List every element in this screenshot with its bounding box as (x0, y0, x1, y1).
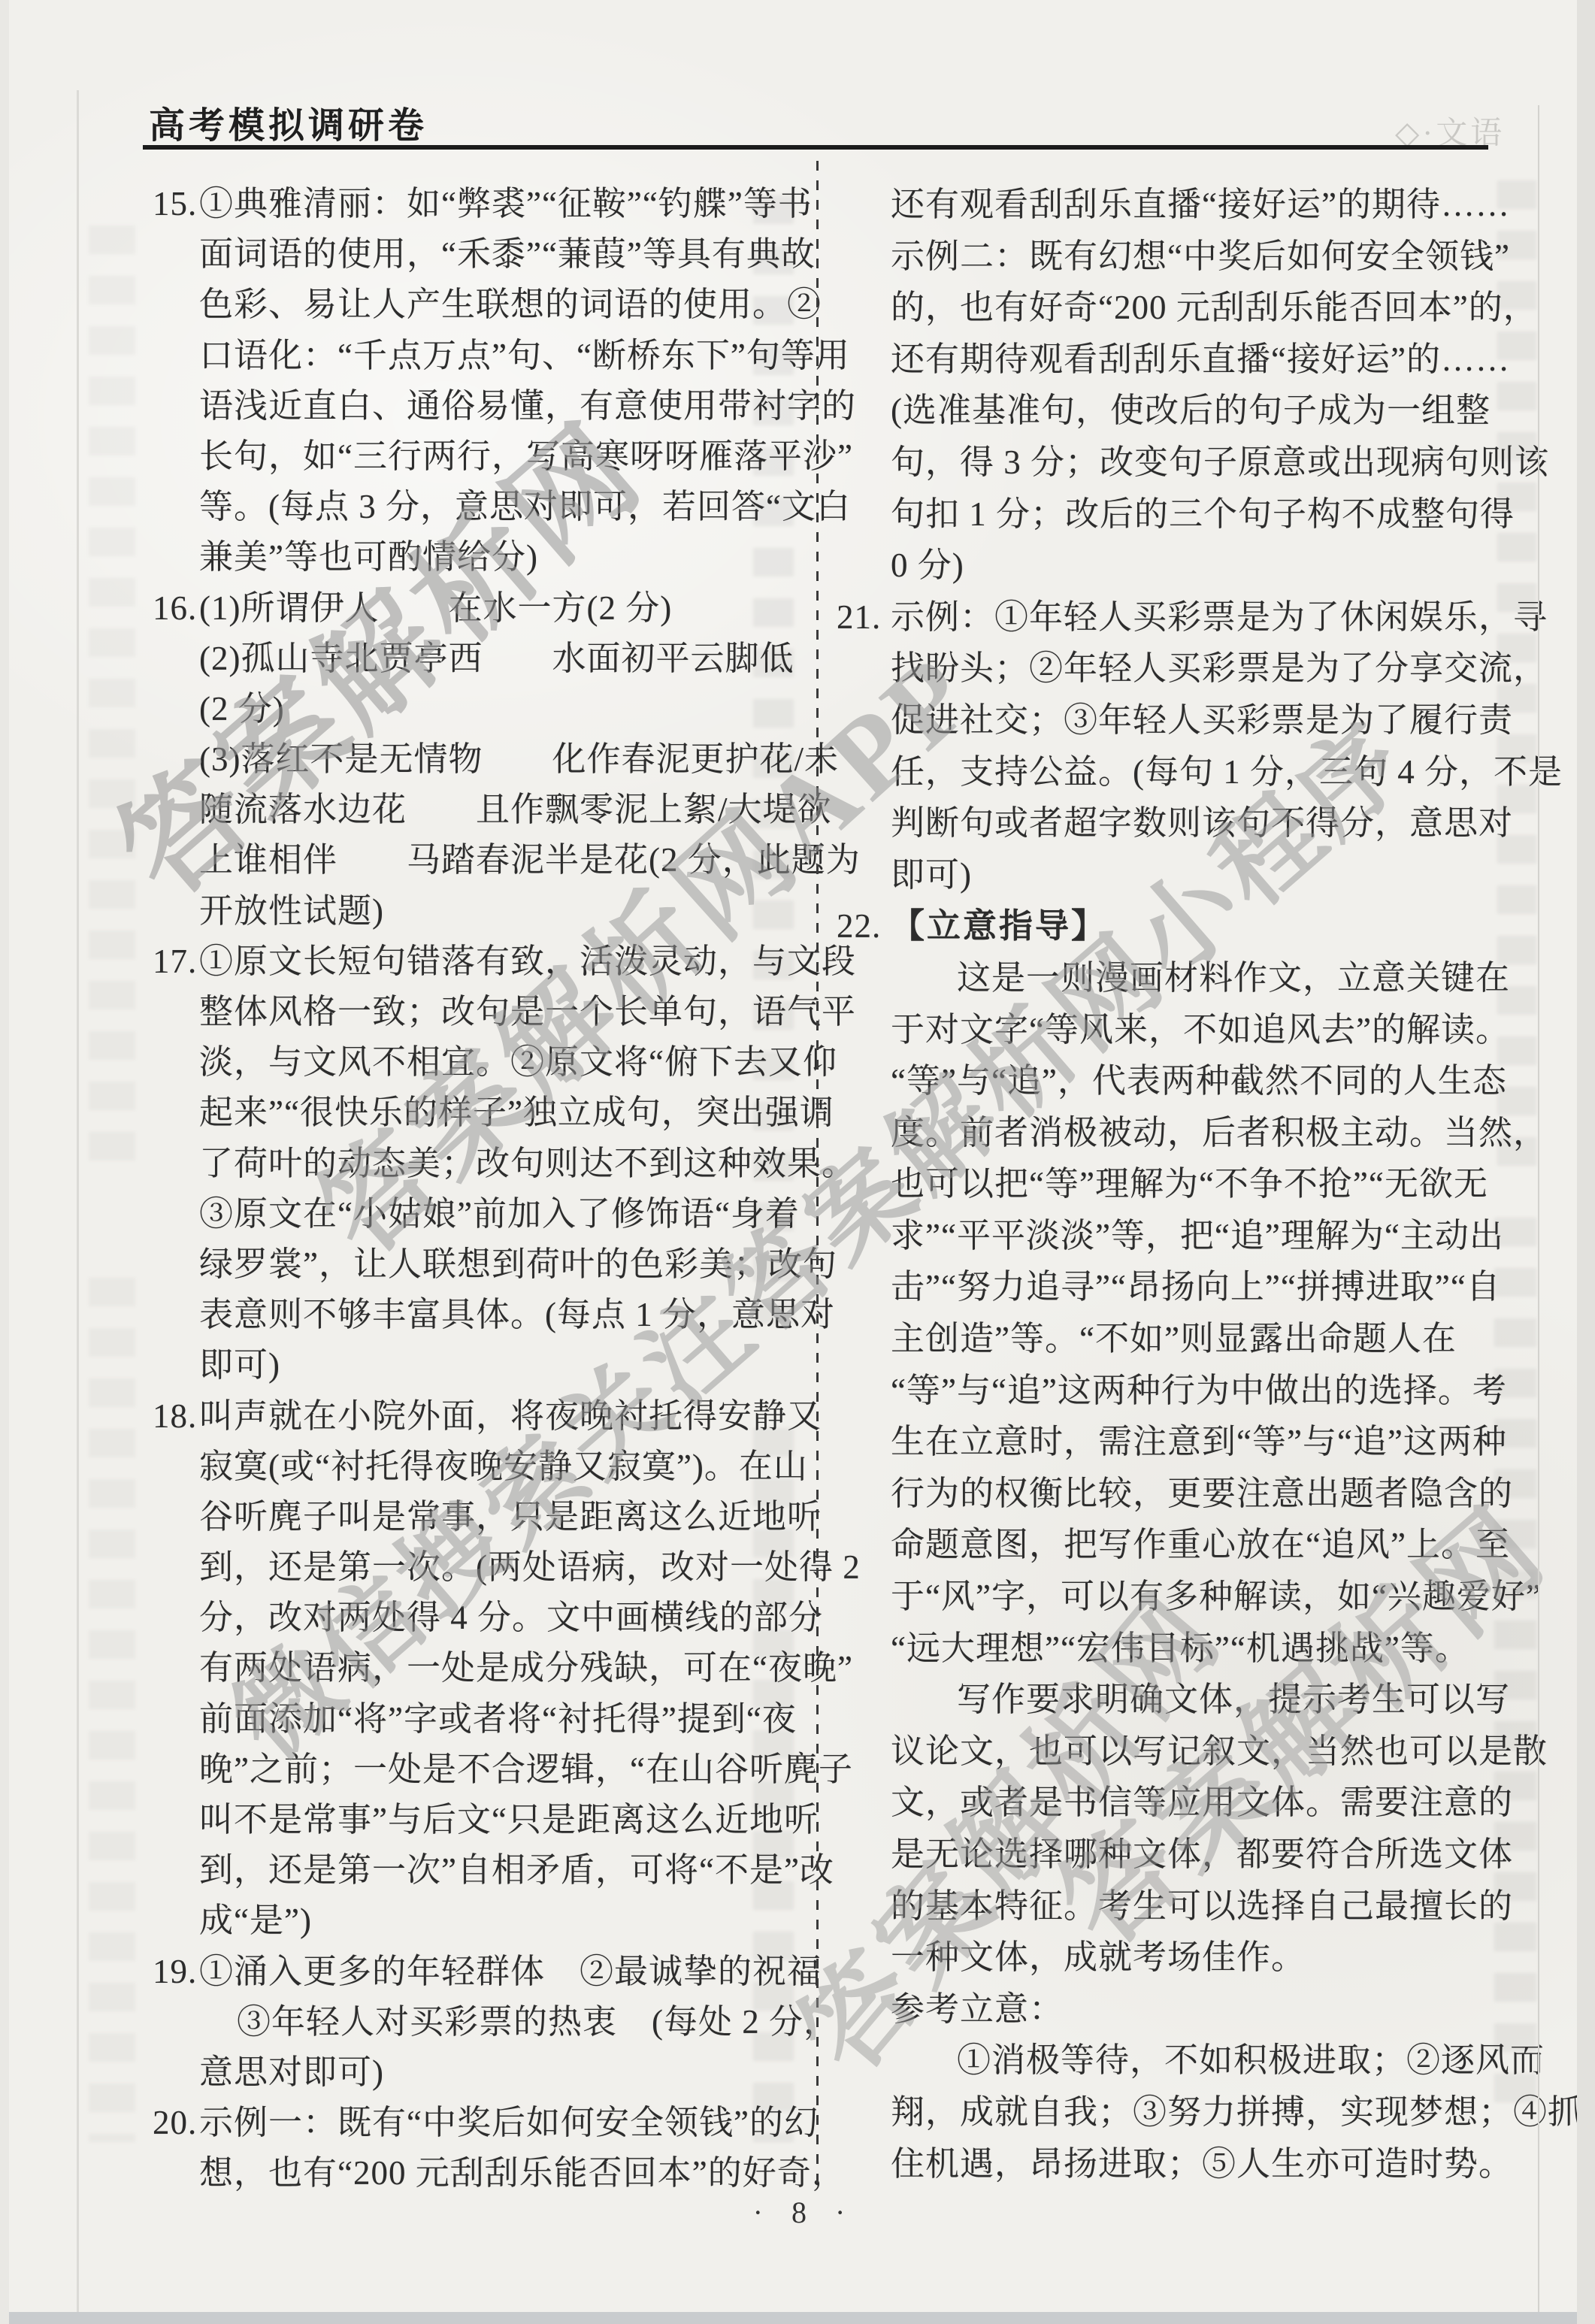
answer-text: 文，或者是书信等应用文体。需要注意的 (891, 1784, 1513, 1821)
page-number: · 8 · (714, 2195, 894, 2230)
answer-text: 议论文，也可以写记叙文，当然也可以是散 (891, 1732, 1548, 1770)
answer-line: 谷听麂子叫是常事，只是距离这么近地听 (153, 1492, 814, 1542)
answer-line: 还有期待观看刮刮乐直播“接好运”的…… (837, 334, 1573, 386)
answer-text: 写作要求明确文体，提示考生可以写 (957, 1681, 1510, 1718)
answer-text: 找盼头；②年轻人买彩票是为了分享交流， (891, 649, 1548, 687)
answer-text: 句扣 1 分；改后的三个句子构不成整句得 (891, 495, 1515, 533)
answer-line: 住机遇，昂扬进取；⑤人生亦可造时势。 (837, 2138, 1573, 2190)
answer-line-q15: 15.①典雅清丽：如“弊裘”“征鞍”“钓艓”等书 (153, 179, 814, 229)
answer-text: 成“是”) (199, 1902, 312, 1939)
bleed-through-texture (89, 1278, 135, 2142)
question-number: 15. (153, 179, 197, 229)
answer-line: 起来”“很快乐的样子”独立成句，突出强调 (153, 1088, 814, 1138)
answer-line: 语浅近直白、通俗易懂，有意使用带衬字的 (153, 381, 814, 431)
answer-line: 叫不是常事”与后文“只是距离这么近地听 (153, 1795, 814, 1845)
answer-text: ①原文长短句错落有致，活泼灵动，与文段 (199, 943, 856, 980)
answer-text: 语浅近直白、通俗易懂，有意使用带衬字的 (199, 387, 856, 425)
answer-text: (2)孤山寺北贾亭西 水面初平云脚低 (199, 640, 794, 677)
answer-line: 这是一则漫画材料作文，立意关键在 (837, 952, 1573, 1004)
answer-line: 击”“努力追寻”“昂扬向上”“拼搏进取”“自 (837, 1261, 1573, 1313)
answer-line: 于“风”字，可以有多种解读，如“兴趣爱好” (837, 1571, 1573, 1623)
answer-text: 还有期待观看刮刮乐直播“接好运”的…… (891, 340, 1510, 378)
answer-line: 找盼头；②年轻人买彩票是为了分享交流， (837, 643, 1573, 694)
answer-text: 叫不是常事”与后文“只是距离这么近地听 (199, 1801, 819, 1838)
answer-line: 上谁相伴 马踏春泥半是花(2 分，此题为 (153, 835, 814, 885)
answer-text: 晚”之前；一处是不合逻辑，“在山谷听麂子 (199, 1751, 853, 1788)
answer-text: 到，还是第一次。(两处语病，改对一处得 2 (199, 1548, 861, 1586)
answer-text: (3)落红不是无情物 化作春泥更护花/未 (199, 740, 839, 778)
answer-line: 度。前者消极被动，后者积极主动。当然， (837, 1107, 1573, 1159)
question-number: 21. (837, 592, 881, 643)
answer-text: 生在立意时，需注意到“等”与“追”这两种 (891, 1423, 1507, 1460)
scan-edge-bottom (0, 2312, 1595, 2324)
scan-edge-left-band (0, 0, 9, 2324)
answer-line: 到，还是第一次。(两处语病，改对一处得 2 (153, 1542, 814, 1593)
answer-line: (2 分) (153, 684, 814, 734)
answer-line: (选准基准句，使改后的句子成为一组整 (837, 385, 1573, 437)
answer-text: 任，支持公益。(每句 1 分，三句 4 分，不是 (891, 753, 1563, 791)
column-divider (816, 161, 819, 2183)
answer-line: “远大理想”“宏伟目标”“机遇挑战”等。 (837, 1623, 1573, 1675)
answer-line: “等”与“追”，代表两种截然不同的人生态 (837, 1055, 1573, 1107)
answer-text: 主创造”等。“不如”则显露出命题人在 (891, 1320, 1457, 1357)
answer-text: 的基本特征。考生可以选择自己最擅长的 (891, 1887, 1513, 1925)
answer-text: 行为的权衡比较，更要注意出题者隐含的 (891, 1475, 1513, 1512)
answer-text: (2 分) (199, 690, 285, 728)
question-number: 22. (837, 900, 881, 952)
answer-text: ①消极等待，不如积极进取；②逐风而 (957, 2041, 1545, 2079)
answer-line: 一种文体，成就考场佳作。 (837, 1932, 1573, 1984)
answer-line: “等”与“追”这两种行为中做出的选择。考 (837, 1365, 1573, 1417)
answer-line: 0 分) (837, 540, 1573, 592)
scan-edge-right-band (1577, 0, 1595, 2324)
answer-text: 意思对即可) (199, 2053, 384, 2091)
answer-text: 命题意图，把写作重心放在“追风”上。至 (891, 1526, 1510, 1563)
answer-line-q18: 18.叫声就在小院外面，将夜晚衬托得安静又 (153, 1391, 814, 1442)
answer-line: 寂寞(或“衬托得夜晚安静又寂寞”)。在山 (153, 1442, 814, 1492)
answer-text: 度。前者消极被动，后者积极主动。当然， (891, 1114, 1548, 1151)
answer-line: 色彩、易让人产生联想的词语的使用。② (153, 280, 814, 330)
answer-text: 求”“平平淡淡”等，把“追”理解为“主动出 (891, 1217, 1504, 1254)
answer-line-q19: 19.①涌入更多的年轻群体 ②最诚挚的祝福 (153, 1947, 814, 1997)
answer-text: 绿罗裳”，让人联想到荷叶的色彩美；改句 (199, 1245, 837, 1283)
answer-line: ③原文在“小姑娘”前加入了修饰语“身着 (153, 1189, 814, 1239)
answer-text: 表意则不够丰富具体。(每点 1 分，意思对 (199, 1296, 835, 1333)
answer-line: 促进社交；③年轻人买彩票是为了履行责 (837, 694, 1573, 746)
answer-line: 翔，成就自我；③努力拼搏，实现梦想；④抓 (837, 2086, 1573, 2138)
answer-line: 判断句或者超字数则该句不得分，意思对 (837, 797, 1573, 849)
answer-line: 晚”之前；一处是不合逻辑，“在山谷听麂子 (153, 1745, 814, 1795)
answer-line: 前面添加“将”字或者将“衬托得”提到“夜 (153, 1694, 814, 1745)
answer-line: ③年轻人对买彩票的热衷 (每处 2 分， (153, 1997, 814, 2047)
answer-text: 分，改对两处得 4 分。文中画横线的部分 (199, 1599, 823, 1636)
answer-line: 成“是”) (153, 1896, 814, 1946)
answer-line-q21: 21.示例：①年轻人买彩票是为了休闲娱乐，寻 (837, 592, 1573, 643)
answer-text: ③原文在“小姑娘”前加入了修饰语“身着 (199, 1195, 800, 1233)
answer-line: 文，或者是书信等应用文体。需要注意的 (837, 1777, 1573, 1829)
answer-text: 上谁相伴 马踏春泥半是花(2 分，此题为 (199, 841, 861, 879)
answer-line: 等。(每点 3 分，意思对即可，若回答“文白 (153, 482, 814, 532)
answer-line: 写作要求明确文体，提示考生可以写 (837, 1674, 1573, 1726)
answer-line: 到，还是第一次”自相矛盾，可将“不是”改 (153, 1845, 814, 1896)
answer-text: 等。(每点 3 分，意思对即可，若回答“文白 (199, 488, 851, 525)
answer-text: 0 分) (891, 546, 964, 584)
answer-text: 开放性试题) (199, 892, 384, 930)
answer-text: ①典雅清丽：如“弊裘”“征鞍”“钓艓”等书 (199, 185, 813, 222)
answer-text: 一种文体，成就考场佳作。 (891, 1938, 1306, 1976)
answer-line: 命题意图，把写作重心放在“追风”上。至 (837, 1519, 1573, 1571)
answer-text: 整体风格一致；改句是一个长单句，语气平 (199, 993, 856, 1030)
answer-line: 口语化：“千点万点”句、“断桥东下”句等用 (153, 331, 814, 381)
answer-line: (2)孤山寺北贾亭西 水面初平云脚低 (153, 634, 814, 684)
answer-text: 即可) (891, 856, 972, 894)
answer-text: 寂寞(或“衬托得夜晚安静又寂寞”)。在山 (199, 1448, 808, 1485)
answer-line: 整体风格一致；改句是一个长单句，语气平 (153, 987, 814, 1037)
answer-text: 色彩、易让人产生联想的词语的使用。② (199, 286, 822, 323)
answer-text: 还有观看刮刮乐直播“接好运”的期待…… (891, 186, 1510, 223)
answer-line: 还有观看刮刮乐直播“接好运”的期待…… (837, 179, 1573, 231)
answer-line-q22: 22.【立意指导】 (837, 900, 1573, 952)
question-number: 19. (153, 1947, 197, 1997)
answer-text: 想，也有“200 元刮刮乐能否回本”的好奇， (199, 2154, 846, 2192)
answer-line: 生在立意时，需注意到“等”与“追”这两种 (837, 1416, 1573, 1468)
answers-column-left: 15.①典雅清丽：如“弊裘”“征鞍”“钓艓”等书面词语的使用，“禾黍”“蒹葭”等… (153, 179, 814, 2199)
answer-line: 淡，与文风不相宜。②原文将“俯下去又仰 (153, 1037, 814, 1088)
answer-line: 意思对即可) (153, 2047, 814, 2098)
answer-text: (1)所谓伊人 在水一方(2 分) (199, 589, 672, 627)
answer-text: 兼美”等也可酌情给分) (199, 538, 538, 576)
answer-line: 了荷叶的动态美；改句则达不到这种效果。 (153, 1139, 814, 1189)
answer-text: 这是一则漫画材料作文，立意关键在 (957, 959, 1510, 997)
answer-text: “等”与“追”，代表两种截然不同的人生态 (891, 1062, 1507, 1100)
answer-text: ③年轻人对买彩票的热衷 (每处 2 分， (237, 2003, 838, 2041)
answer-line: 求”“平平淡淡”等，把“追”理解为“主动出 (837, 1210, 1573, 1262)
answer-line: 主创造”等。“不如”则显露出命题人在 (837, 1313, 1573, 1365)
answer-text: 【立意指导】 (891, 906, 1107, 945)
answer-text: 也可以把“等”理解为“不争不抢”“无欲无 (891, 1165, 1488, 1203)
answer-line: 即可) (837, 849, 1573, 901)
answer-text: 击”“努力追寻”“昂扬向上”“拼搏进取”“自 (891, 1268, 1501, 1306)
answer-text: 前面添加“将”字或者将“衬托得”提到“夜 (199, 1700, 797, 1738)
answer-text: 了荷叶的动态美；改句则达不到这种效果。 (199, 1145, 856, 1182)
answer-line: 开放性试题) (153, 886, 814, 937)
answer-text: 翔，成就自我；③努力拼搏，实现梦想；④抓 (891, 2093, 1582, 2131)
answer-text: 面词语的使用，“禾黍”“蒹葭”等具有典故 (199, 235, 816, 273)
answer-line: 面词语的使用，“禾黍”“蒹葭”等具有典故 (153, 229, 814, 280)
answer-text: “远大理想”“宏伟目标”“机遇挑战”等。 (891, 1630, 1469, 1667)
scan-edge-left-line (77, 90, 79, 2312)
answer-text: 于“风”字，可以有多种解读，如“兴趣爱好” (891, 1578, 1542, 1615)
answer-line: 参考立意： (837, 1984, 1573, 2035)
answer-text: 的，也有好奇“200 元刮刮乐能否回本”的， (891, 289, 1538, 326)
answer-text: 起来”“很快乐的样子”独立成句，突出强调 (199, 1094, 834, 1131)
answer-line: 行为的权衡比较，更要注意出题者隐含的 (837, 1468, 1573, 1520)
question-number: 16. (153, 583, 197, 634)
answer-line: 示例二：既有幻想“中奖后如何安全领钱” (837, 231, 1573, 283)
answer-line: (3)落红不是无情物 化作春泥更护花/未 (153, 734, 814, 785)
answer-text: 示例一：既有“中奖后如何安全领钱”的幻 (199, 2104, 819, 2141)
answer-text: 促进社交；③年轻人买彩票是为了履行责 (891, 701, 1513, 739)
answer-text: “等”与“追”这两种行为中做出的选择。考 (891, 1372, 1507, 1409)
answer-text: 口语化：“千点万点”句、“断桥东下”句等用 (199, 337, 850, 374)
answer-text: 有两处语病，一处是成分残缺，可在“夜晚” (199, 1649, 853, 1687)
answer-text: 句，得 3 分；改变句子原意或出现病句则该 (891, 443, 1549, 481)
answer-line: 也可以把“等”理解为“不争不抢”“无欲无 (837, 1158, 1573, 1210)
answer-line: 有两处语病，一处是成分残缺，可在“夜晚” (153, 1643, 814, 1693)
answer-line-q17: 17.①原文长短句错落有致，活泼灵动，与文段 (153, 937, 814, 987)
answer-line: 的，也有好奇“200 元刮刮乐能否回本”的， (837, 282, 1573, 334)
answer-text: 住机遇，昂扬进取；⑤人生亦可造时势。 (891, 2145, 1513, 2183)
answer-text: 长句，如“三行两行，写高寒呀呀雁落平沙” (199, 437, 853, 475)
answer-text: 淡，与文风不相宜。②原文将“俯下去又仰 (199, 1043, 837, 1081)
answer-line: 句，得 3 分；改变句子原意或出现病句则该 (837, 437, 1573, 489)
scanned-answer-page: { "header": { "title": "高考模拟调研卷", "subje… (0, 0, 1595, 2324)
answer-text: 即可) (199, 1346, 280, 1384)
answer-text: 谷听麂子叫是常事，只是距离这么近地听 (199, 1498, 822, 1536)
answer-line: 长句，如“三行两行，写高寒呀呀雁落平沙” (153, 431, 814, 482)
bleed-through-texture (89, 225, 135, 1165)
question-number: 20. (153, 2098, 197, 2148)
answer-text: 叫声就在小院外面，将夜晚衬托得安静又 (199, 1397, 822, 1435)
answer-line-q16: 16.(1)所谓伊人 在水一方(2 分) (153, 583, 814, 634)
answer-text: 参考立意： (891, 1990, 1064, 2028)
answer-text: 判断句或者超字数则该句不得分，意思对 (891, 804, 1513, 842)
answer-text: 示例二：既有幻想“中奖后如何安全领钱” (891, 238, 1510, 275)
question-number: 17. (153, 937, 197, 987)
answer-text: 于对文字“等风来，不如追风去”的解读。 (891, 1011, 1510, 1049)
answer-line: 想，也有“200 元刮刮乐能否回本”的好奇， (153, 2148, 814, 2198)
answer-text: 到，还是第一次”自相矛盾，可将“不是”改 (199, 1851, 834, 1889)
answer-line: 的基本特征。考生可以选择自己最擅长的 (837, 1881, 1573, 1932)
header-rule (143, 145, 1488, 150)
answer-line: 任，支持公益。(每句 1 分，三句 4 分，不是 (837, 746, 1573, 798)
answer-line: 随流落水边花 且作飘零泥上絮/大堤欲 (153, 785, 814, 835)
answers-column-right: 还有观看刮刮乐直播“接好运”的期待……示例二：既有幻想“中奖后如何安全领钱”的，… (837, 179, 1573, 2189)
scan-edge-right-line (1538, 105, 1539, 2312)
answer-line: 表意则不够丰富具体。(每点 1 分，意思对 (153, 1290, 814, 1340)
answer-line: 绿罗裳”，让人联想到荷叶的色彩美；改句 (153, 1239, 814, 1290)
page-title: 高考模拟调研卷 (149, 96, 428, 148)
answer-text: 示例：①年轻人买彩票是为了休闲娱乐，寻 (891, 598, 1548, 636)
answer-line-q20: 20.示例一：既有“中奖后如何安全领钱”的幻 (153, 2098, 814, 2148)
answer-line: 分，改对两处得 4 分。文中画横线的部分 (153, 1593, 814, 1643)
answer-line: 兼美”等也可酌情给分) (153, 532, 814, 583)
answer-text: ①涌入更多的年轻群体 ②最诚挚的祝福 (199, 1953, 822, 1990)
answer-line: 是无论选择哪种文体，都要符合所选文体 (837, 1829, 1573, 1881)
answer-text: 是无论选择哪种文体，都要符合所选文体 (891, 1835, 1513, 1873)
question-number: 18. (153, 1391, 197, 1442)
answer-line: 议论文，也可以写记叙文，当然也可以是散 (837, 1726, 1573, 1778)
answer-line: 即可) (153, 1340, 814, 1390)
answer-line: ①消极等待，不如积极进取；②逐风而 (837, 2035, 1573, 2086)
answer-line: 于对文字“等风来，不如追风去”的解读。 (837, 1004, 1573, 1056)
answer-line: 句扣 1 分；改后的三个句子构不成整句得 (837, 489, 1573, 540)
answer-text: 随流落水边花 且作飘零泥上絮/大堤欲 (199, 791, 832, 828)
answer-text: (选准基准句，使改后的句子成为一组整 (891, 392, 1491, 429)
